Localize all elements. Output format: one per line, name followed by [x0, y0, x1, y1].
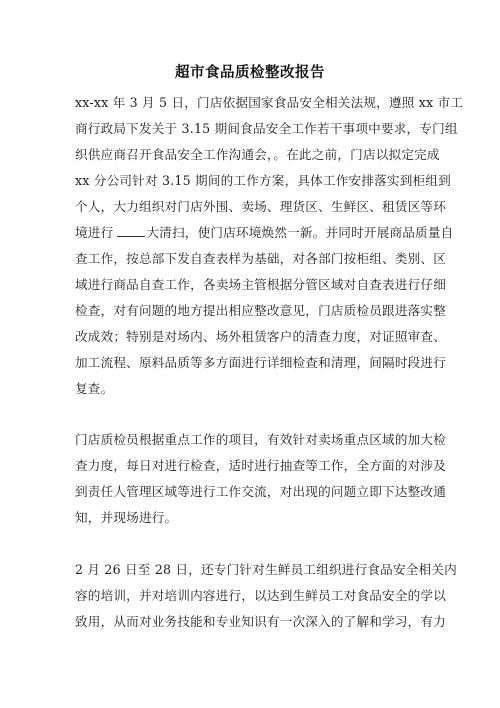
- fill-in-blank: [117, 224, 145, 237]
- paragraph-line: 个人，大力组织对门店外围、卖场、理货区、生鲜区、租赁区等环: [75, 194, 425, 220]
- paragraph-line: xx-xx 年 3 月 5 日，门店依据国家食品安全相关法规，遵照 xx 市工: [75, 90, 425, 116]
- paragraph-line: 知，并现场进行。: [75, 505, 425, 531]
- document-title: 超市食品质检整改报告: [0, 62, 500, 84]
- paragraph-line: 境进行大清扫，使门店环境焕然一新。并同时开展商品质量自: [75, 220, 425, 246]
- paragraph-line: 检查，对有问题的地方提出相应整改意见，门店质检员跟进落实整: [75, 298, 425, 324]
- paragraph-line: 织供应商召开食品安全工作沟通会，。在此之前，门店以拟定完成: [75, 142, 425, 168]
- paragraph-line: 查力度，每日对进行检查，适时进行抽查等工作，全方面的对涉及: [75, 453, 425, 479]
- paragraph-line: 改成效；特别是对场内、场外租赁客户的清查力度，对证照审查、: [75, 324, 425, 350]
- paragraph-inspection-overview: xx-xx 年 3 月 5 日，门店依据国家食品安全相关法规，遵照 xx 市工 …: [75, 90, 425, 402]
- paragraph-quality-inspector: 门店质检员根据重点工作的项目，有效针对卖场重点区域的加大检 查力度，每日对进行检…: [75, 427, 425, 531]
- line-segment: 大清扫，使门店环境焕然一新。并同时开展商品质量自: [146, 225, 453, 240]
- paragraph-line: xx 分公司针对 3.15 期间的工作方案，具体工作安排落实到柜组到: [75, 168, 425, 194]
- document-page: 超市食品质检整改报告 xx-xx 年 3 月 5 日，门店依据国家食品安全相关法…: [0, 0, 500, 708]
- paragraph-line: 加工流程、原料品质等多方面进行详细检查和清理，间隔时段进行: [75, 350, 425, 376]
- paragraph-line: 查工作，按总部下发自查表样为基础，对各部门按柜组、类别、区: [75, 246, 425, 272]
- paragraph-line: 域进行商品自查工作，各卖场主管根据分管区域对自查表进行仔细: [75, 272, 425, 298]
- paragraph-line: 2 月 26 日至 28 日，还专门针对生鲜员工组织进行食品安全相关内: [75, 557, 425, 583]
- line-segment: 境进行: [75, 225, 113, 240]
- paragraph-line: 门店质检员根据重点工作的项目，有效针对卖场重点区域的加大检: [75, 427, 425, 453]
- paragraph-line: 容的培训，并对培训内容进行，以达到生鲜员工对食品安全的学以: [75, 583, 425, 609]
- paragraph-line: 商行政局下发关于 3.15 期间食品安全工作若干事项中要求，专门组: [75, 116, 425, 142]
- paragraph-line: 复查。: [75, 376, 425, 402]
- paragraph-line: 到责任人管理区域等进行工作交流，对出现的问题立即下达整改通: [75, 479, 425, 505]
- paragraph-line: 致用，从而对业务技能和专业知识有一次深入的了解和学习，有力: [75, 609, 425, 635]
- paragraph-training: 2 月 26 日至 28 日，还专门针对生鲜员工组织进行食品安全相关内 容的培训…: [75, 557, 425, 635]
